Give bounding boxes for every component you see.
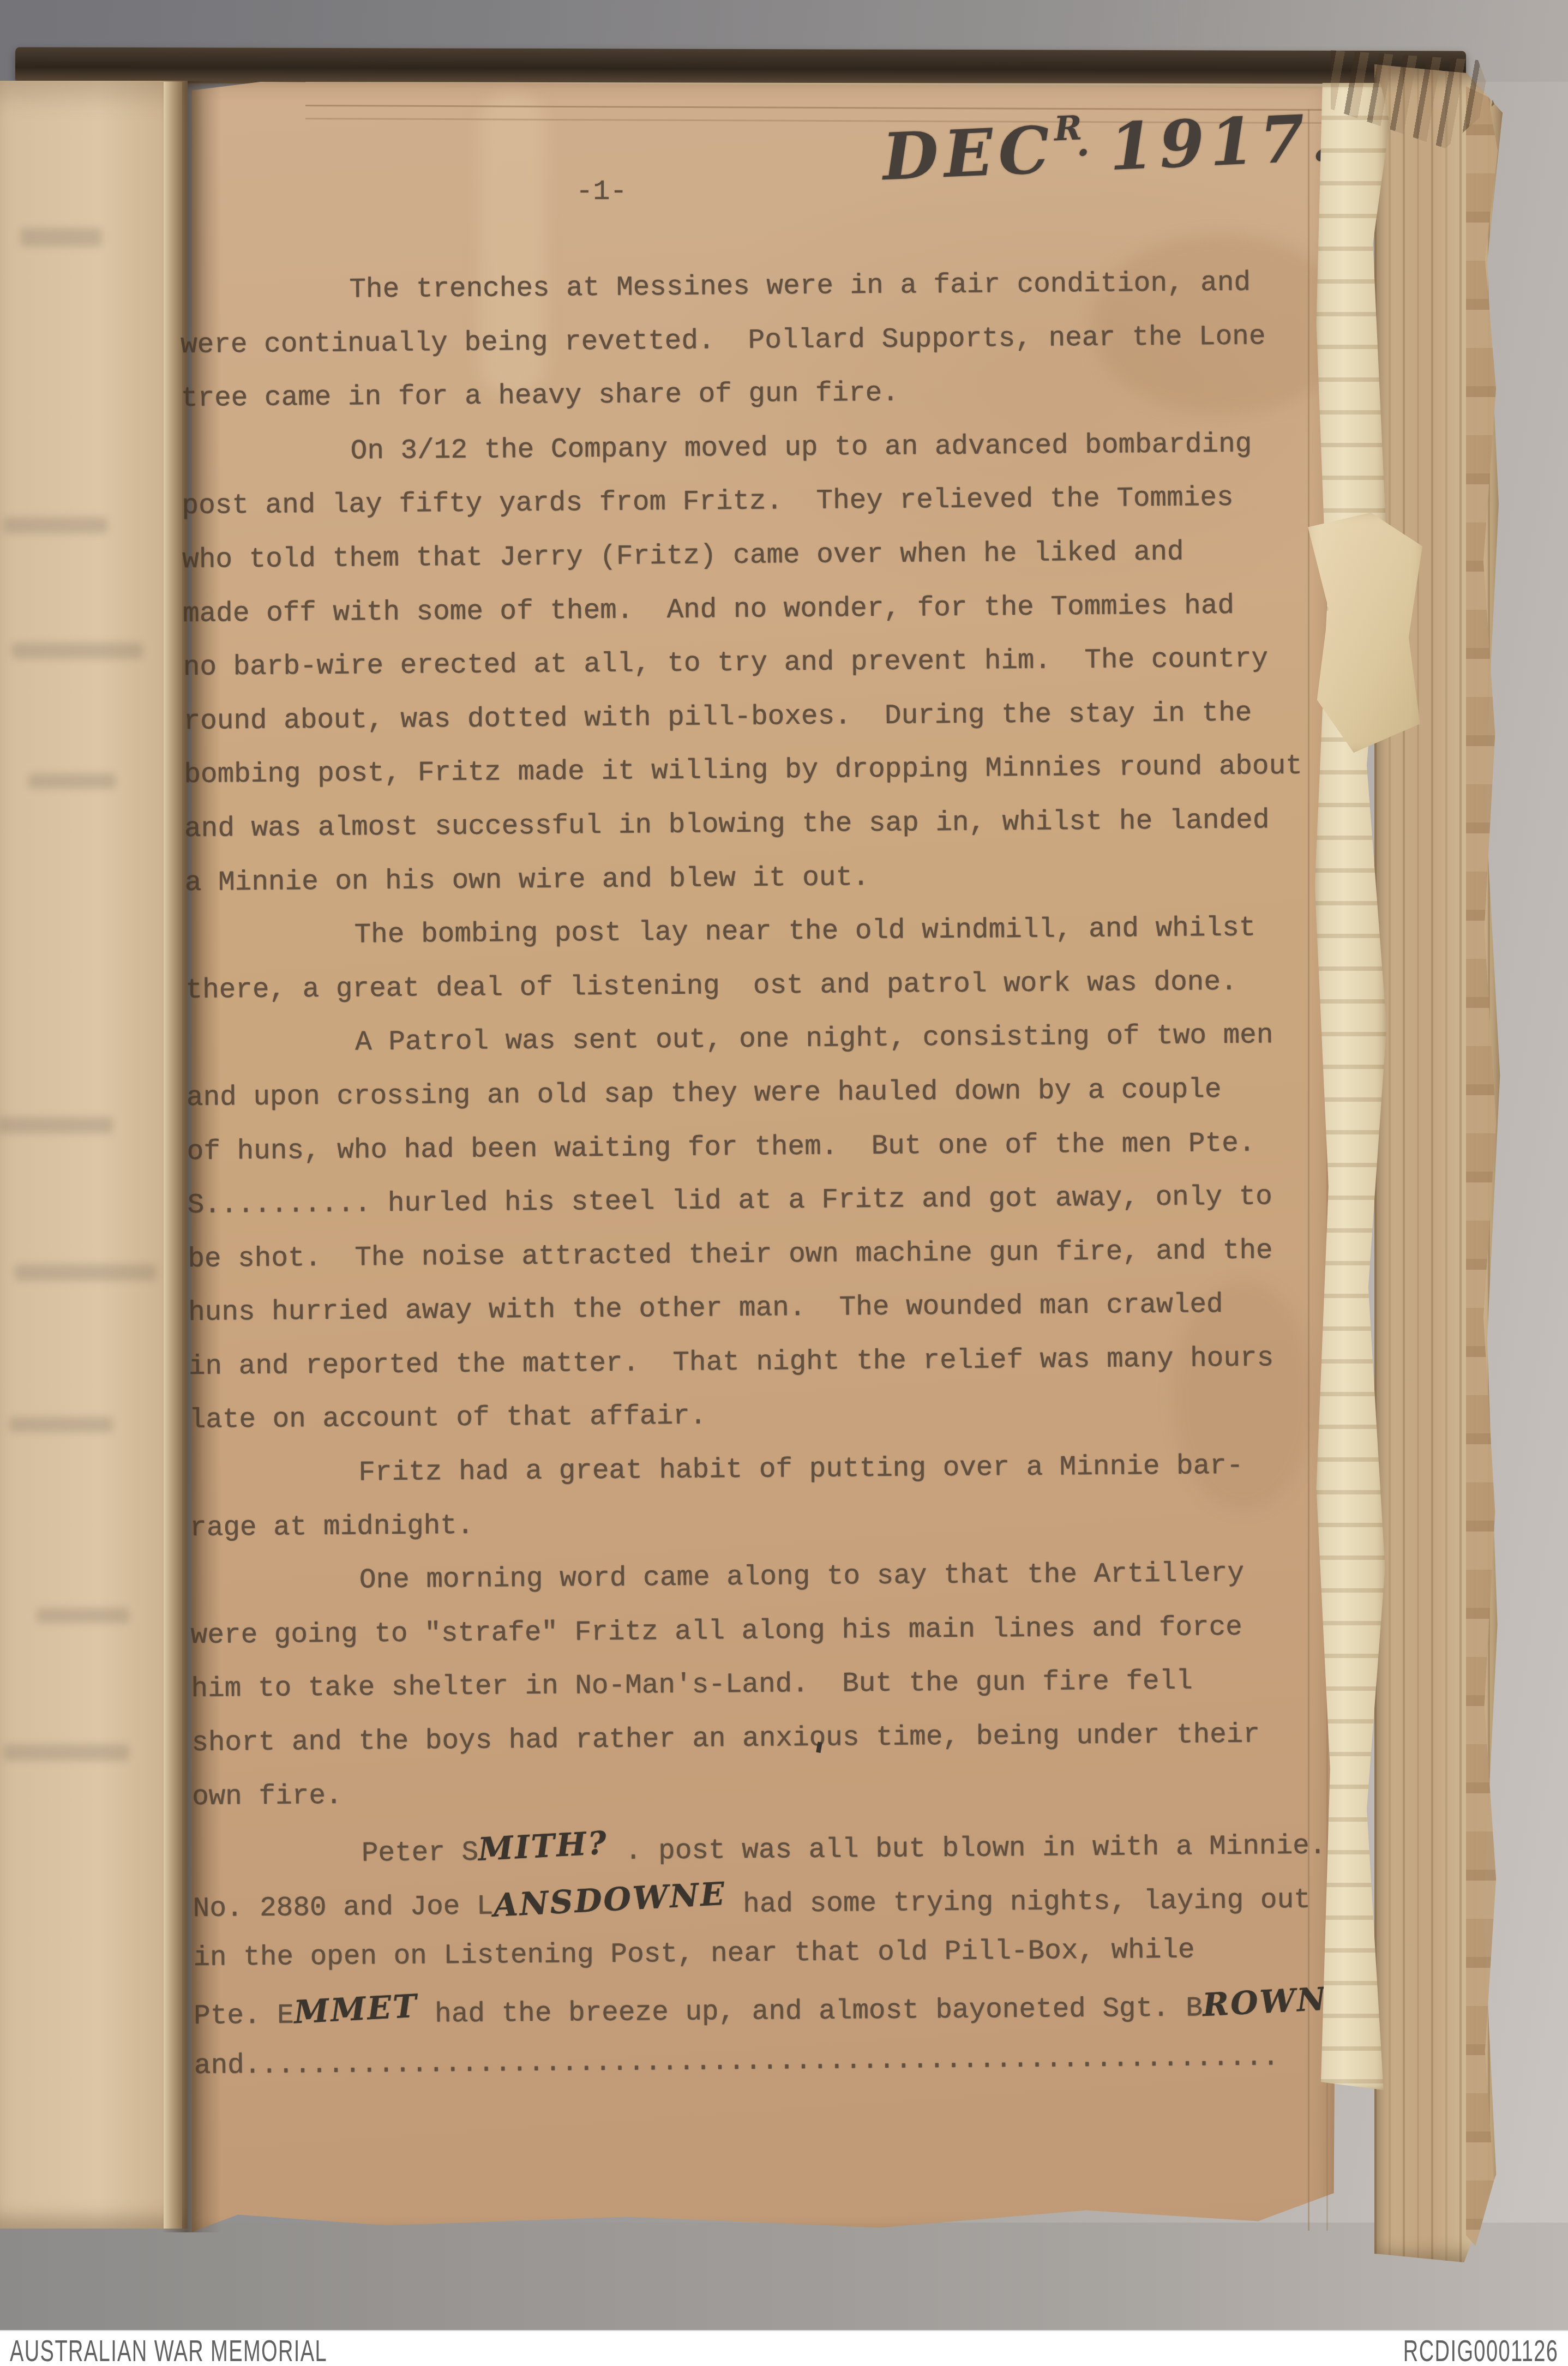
typed-line: S.......... hurled his steel lid at a Fr…	[187, 1170, 1387, 1233]
ghost-text-streak	[9, 1417, 113, 1432]
typed-line: bombing post, Fritz made it willing by d…	[184, 740, 1384, 803]
typed-segment: in and reported the matter. That night t…	[189, 1343, 1274, 1383]
typed-line: him to take shelter in No-Man's-Land. Bu…	[191, 1654, 1391, 1717]
typed-segment: huns hurried away with the other man. Th…	[188, 1289, 1223, 1329]
ghost-text-streak	[12, 642, 143, 659]
background-bottom-shade	[0, 2223, 1568, 2332]
typed-segment: and was almost successful in blowing the…	[184, 805, 1270, 845]
ghost-text-streak	[28, 773, 116, 789]
typed-segment: who told them that Jerry (Fritz) came ov…	[182, 537, 1184, 576]
typed-line: in and reported the matter. That night t…	[188, 1331, 1389, 1395]
typed-segment: were continually being revetted. Pollard…	[181, 321, 1266, 361]
typed-line: own fire.	[192, 1761, 1392, 1824]
typed-segment: A Patrol was sent out, one night, consis…	[355, 1020, 1273, 1059]
ghost-text-streak	[4, 1744, 129, 1761]
typed-line: short and the boys had rather an anxious…	[191, 1708, 1392, 1771]
typed-line: Fritz had a great habit of putting over …	[189, 1439, 1390, 1502]
typed-segment: . post was all but blown in with a Minni…	[608, 1831, 1326, 1867]
typed-line: of huns, who had been waiting for them. …	[187, 1116, 1387, 1179]
typed-segment: On 3/12 the Company moved up to an advan…	[350, 429, 1252, 467]
ghost-text-streak	[15, 1264, 157, 1281]
typed-segment: had some trying nights, laying out	[726, 1885, 1311, 1920]
handwritten-annotation: MITH?	[477, 1816, 609, 1877]
typed-line: A Patrol was sent out, one night, consis…	[186, 1008, 1386, 1072]
typed-segment: One morning word came along to say that …	[359, 1558, 1244, 1596]
typed-segment: late on account of that affair.	[189, 1401, 706, 1436]
ghost-text-streak	[4, 517, 107, 533]
typed-line: late on account of that affair.	[189, 1385, 1389, 1448]
typed-segment: and upon crossing an old sap they were h…	[187, 1074, 1222, 1114]
typed-line: be shot. The noise attracted their own m…	[188, 1223, 1388, 1287]
typed-segment: in the open on Listening Post, near that…	[193, 1935, 1195, 1974]
handwritten-date-dot: .	[1075, 119, 1096, 165]
typed-line: in the open on Listening Post, near that…	[193, 1923, 1393, 1986]
typed-segment: post and lay fifty yards from Fritz. The…	[182, 483, 1234, 522]
typed-line: Pte. EMMET had the breeze up, and almost…	[194, 1977, 1394, 2040]
typed-segment: Fritz had a great habit of putting over …	[358, 1451, 1243, 1489]
typed-line: a Minnie on his own wire and blew it out…	[185, 847, 1385, 910]
ghost-text-streak	[0, 1117, 113, 1133]
typed-line: One morning word came along to say that …	[190, 1546, 1391, 1610]
typed-segment: short and the boys had rather an anxious…	[191, 1720, 1260, 1759]
typed-line: made off with some of them. And no wonde…	[183, 578, 1383, 641]
ghost-text-streak	[20, 228, 102, 247]
typed-line: were going to "strafe" Fritz all along h…	[190, 1600, 1391, 1663]
typed-line: and upon crossing an old sap they were h…	[187, 1062, 1387, 1126]
typed-segment: of huns, who had been waiting for them. …	[187, 1128, 1255, 1167]
typed-line: Peter SMITH? . post was all but blown in…	[192, 1815, 1392, 1878]
ghost-text-streak	[37, 1608, 129, 1623]
typed-segment: The bombing post lay near the old windmi…	[354, 913, 1255, 951]
typed-segment: Peter S	[362, 1837, 479, 1870]
typed-segment: No. 2880 and Joe L	[193, 1891, 493, 1924]
outer-leaf-edge	[1466, 86, 1498, 2246]
typed-segment: no barb-wire erected at all, to try and …	[183, 644, 1269, 684]
typed-line: were continually being revetted. Pollard…	[181, 309, 1381, 373]
typed-line: there, a great deal of listening ost and…	[185, 954, 1386, 1018]
typed-line: huns hurried away with the other man. Th…	[188, 1277, 1389, 1341]
typed-segment: had the breeze up, and almost bayoneted …	[418, 1993, 1203, 2030]
typed-text-block: The trenches at Messines were in a fair …	[180, 256, 1394, 2093]
page-number: -1-	[576, 176, 627, 208]
typed-segment: S.......... hurled his steel lid at a Fr…	[187, 1181, 1272, 1221]
handwritten-date-year: 1917.	[1108, 99, 1339, 185]
typed-line: post and lay fifty yards from Fritz. The…	[182, 471, 1382, 534]
typed-line: No. 2880 and Joe LANSDOWNE had some tryi…	[193, 1869, 1393, 1932]
typed-line: who told them that Jerry (Fritz) came ov…	[182, 525, 1383, 588]
footer-reference-id: RCDIG0001126	[1403, 2333, 1558, 2366]
typed-line: On 3/12 the Company moved up to an advan…	[181, 417, 1381, 480]
handwritten-annotation: ANSDOWNE	[492, 1867, 728, 1932]
typed-segment: made off with some of them. And no wonde…	[183, 590, 1235, 629]
typed-segment: rage at midnight.	[190, 1510, 474, 1544]
scanned-diary-page: DECR.1917. -1- The trenches at Messines …	[0, 0, 1568, 2366]
typed-segment: were going to "strafe" Fritz all along h…	[191, 1612, 1243, 1652]
typed-line: The bombing post lay near the old windmi…	[185, 901, 1385, 964]
typed-segment: tree came in for a heavy share of gun fi…	[181, 378, 899, 415]
typed-segment: be shot. The noise attracted their own m…	[188, 1235, 1273, 1275]
typed-segment: and.....................................…	[194, 2042, 1279, 2082]
book-spine-edge	[15, 47, 1466, 87]
handwritten-date-prefix: DEC	[881, 111, 1056, 195]
handwritten-annotation: ROWN	[1201, 1972, 1329, 2032]
typed-segment: The trenches at Messines were in a fair …	[349, 268, 1251, 306]
handwritten-annotation: MMET	[292, 1979, 419, 2039]
footer-archive-name: AUSTRALIAN WAR MEMORIAL	[10, 2333, 327, 2366]
facing-page	[0, 81, 188, 2229]
gutter-shadow	[161, 81, 221, 2232]
typed-segment: him to take shelter in No-Man's-Land. Bu…	[191, 1666, 1193, 1705]
typed-line: no barb-wire erected at all, to try and …	[183, 632, 1383, 695]
footer-bar: AUSTRALIAN WAR MEMORIAL RCDIG0001126	[0, 2330, 1568, 2366]
typed-line: round about, was dotted with pill-boxes.…	[183, 686, 1384, 749]
typed-segment: there, a great deal of listening ost and…	[185, 967, 1237, 1006]
typed-line: and was almost successful in blowing the…	[184, 794, 1385, 857]
typed-line: The trenches at Messines were in a fair …	[180, 256, 1380, 319]
typed-line: tree came in for a heavy share of gun fi…	[181, 363, 1381, 427]
typed-segment: bombing post, Fritz made it willing by d…	[184, 751, 1302, 791]
typed-segment: a Minnie on his own wire and blew it out…	[185, 862, 869, 899]
typed-line: rage at midnight.	[190, 1492, 1390, 1556]
typed-segment: round about, was dotted with pill-boxes.…	[183, 698, 1252, 737]
typed-line: and.....................................…	[194, 2030, 1395, 2093]
